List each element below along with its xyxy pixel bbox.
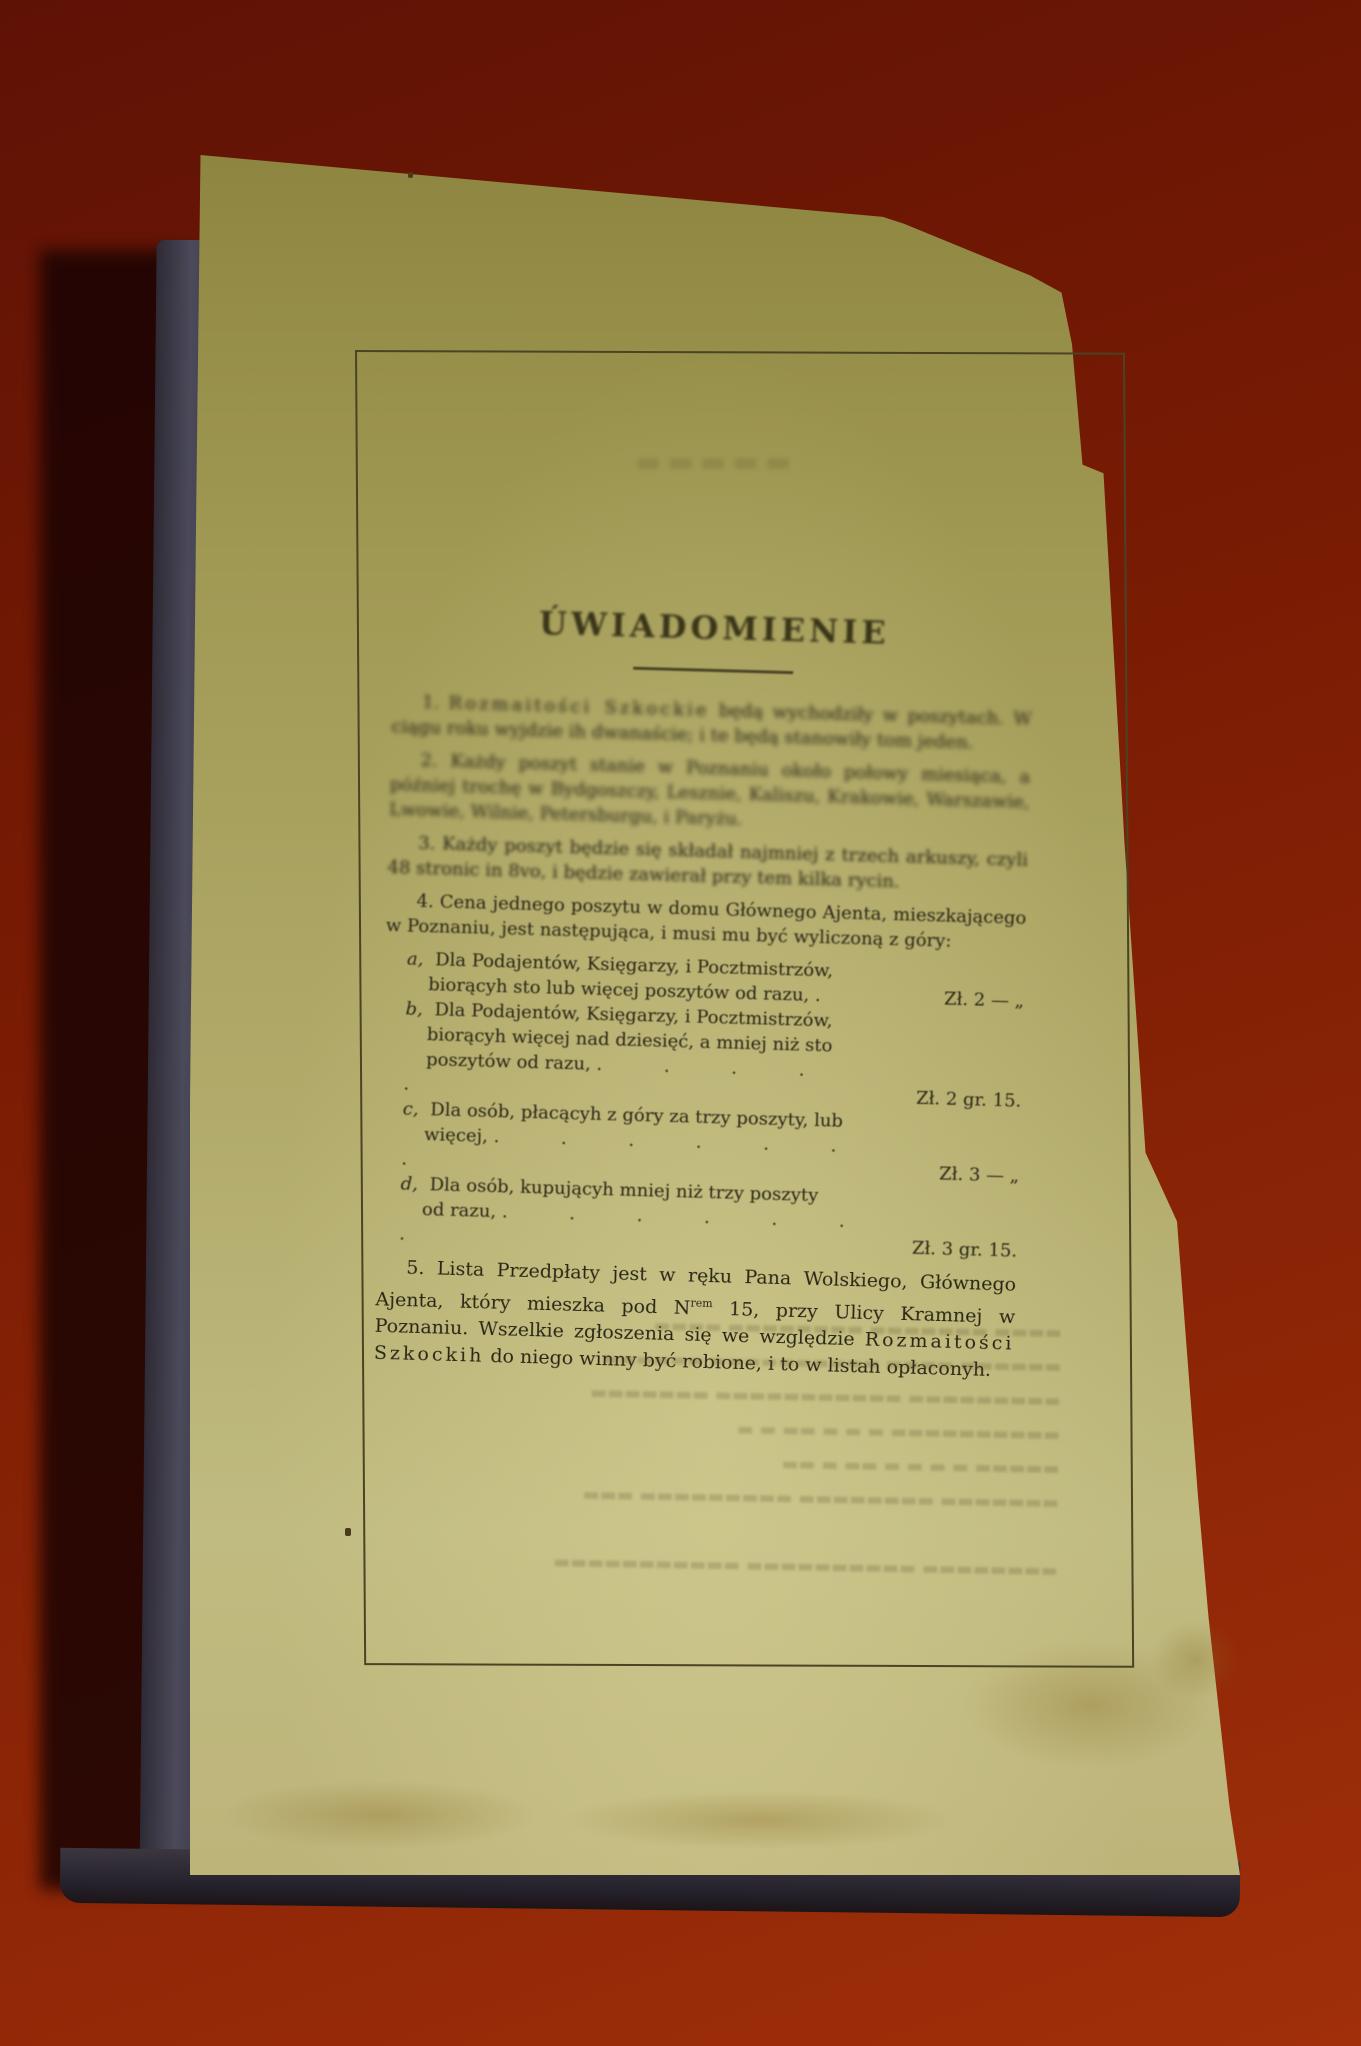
ink-speck: [408, 172, 413, 178]
foxing-stain: [220, 1780, 540, 1850]
section-text: Każdy poszyt będzie się składał najmniej…: [387, 833, 1028, 892]
price-amount: Zł. 2 gr. 15.: [891, 1085, 1022, 1114]
section-number: 3.: [418, 833, 436, 854]
section-number: 5.: [406, 1257, 425, 1279]
price-letter: b,: [405, 998, 423, 1019]
price-letter: c,: [403, 1098, 419, 1119]
section-number: 2.: [420, 750, 438, 771]
price-letter: d,: [400, 1173, 418, 1194]
section-text: Każdy poszyt stanie w Poznaniu około poł…: [389, 751, 1031, 830]
price-amount: Zł. 2 — „: [894, 985, 1025, 1014]
price-amount: Zł. 3 gr. 15.: [887, 1235, 1018, 1264]
reverse-side-showthrough: ▬▬▬▬▬: [560, 445, 860, 478]
price-desc-line: od razu,: [400, 1198, 497, 1222]
price-amount: Zł. 3 — „: [889, 1160, 1020, 1189]
section-4: 4. Cena jednego poszytu w domu Głównego …: [386, 888, 1027, 956]
section-lead: Rozmaitości Szkockie: [448, 693, 709, 721]
section-text: Cena jednego poszytu w domu Głównego Aje…: [386, 891, 1027, 951]
section-number: 1.: [422, 692, 440, 713]
foxing-stain: [1150, 1620, 1240, 1700]
reverse-side-showthrough: ▬▬▬▬ ▬▬▬▬▬▬▬ ▬▬▬▬▬▬▬▬ ▬▬▬▬ ▬▬▬▬▬▬ ▬▬▬▬ ▬…: [328, 1304, 1063, 1589]
price-letter: a,: [407, 948, 424, 969]
notice-text-block: ÚWIADOMIENIE 1. Rozmaitości Szkockie będ…: [373, 600, 1034, 1393]
section-2: 2. Każdy poszyt stanie w Poznaniu około …: [389, 747, 1031, 840]
title-divider: [633, 667, 793, 674]
section-3: 3. Każdy poszyt będzie się składał najmn…: [387, 830, 1028, 898]
leader-dots: .: [815, 985, 821, 1006]
foxing-stain: [560, 1790, 960, 1850]
price-list: a, Dla Podajentów, Księgarzy, i Pocztmis…: [377, 946, 1025, 1264]
superscript-abbrev: rem: [690, 1297, 713, 1311]
section-number: 4.: [416, 891, 434, 912]
price-row-b: b, Dla Podajentów, Księgarzy, i Pocztmis…: [381, 996, 1024, 1114]
section-1: 1. Rozmaitości Szkockie będą wychodziły …: [391, 689, 1032, 757]
price-desc-line: poszytów od razu,: [404, 1048, 591, 1074]
price-desc-line: więcej,: [402, 1123, 488, 1146]
